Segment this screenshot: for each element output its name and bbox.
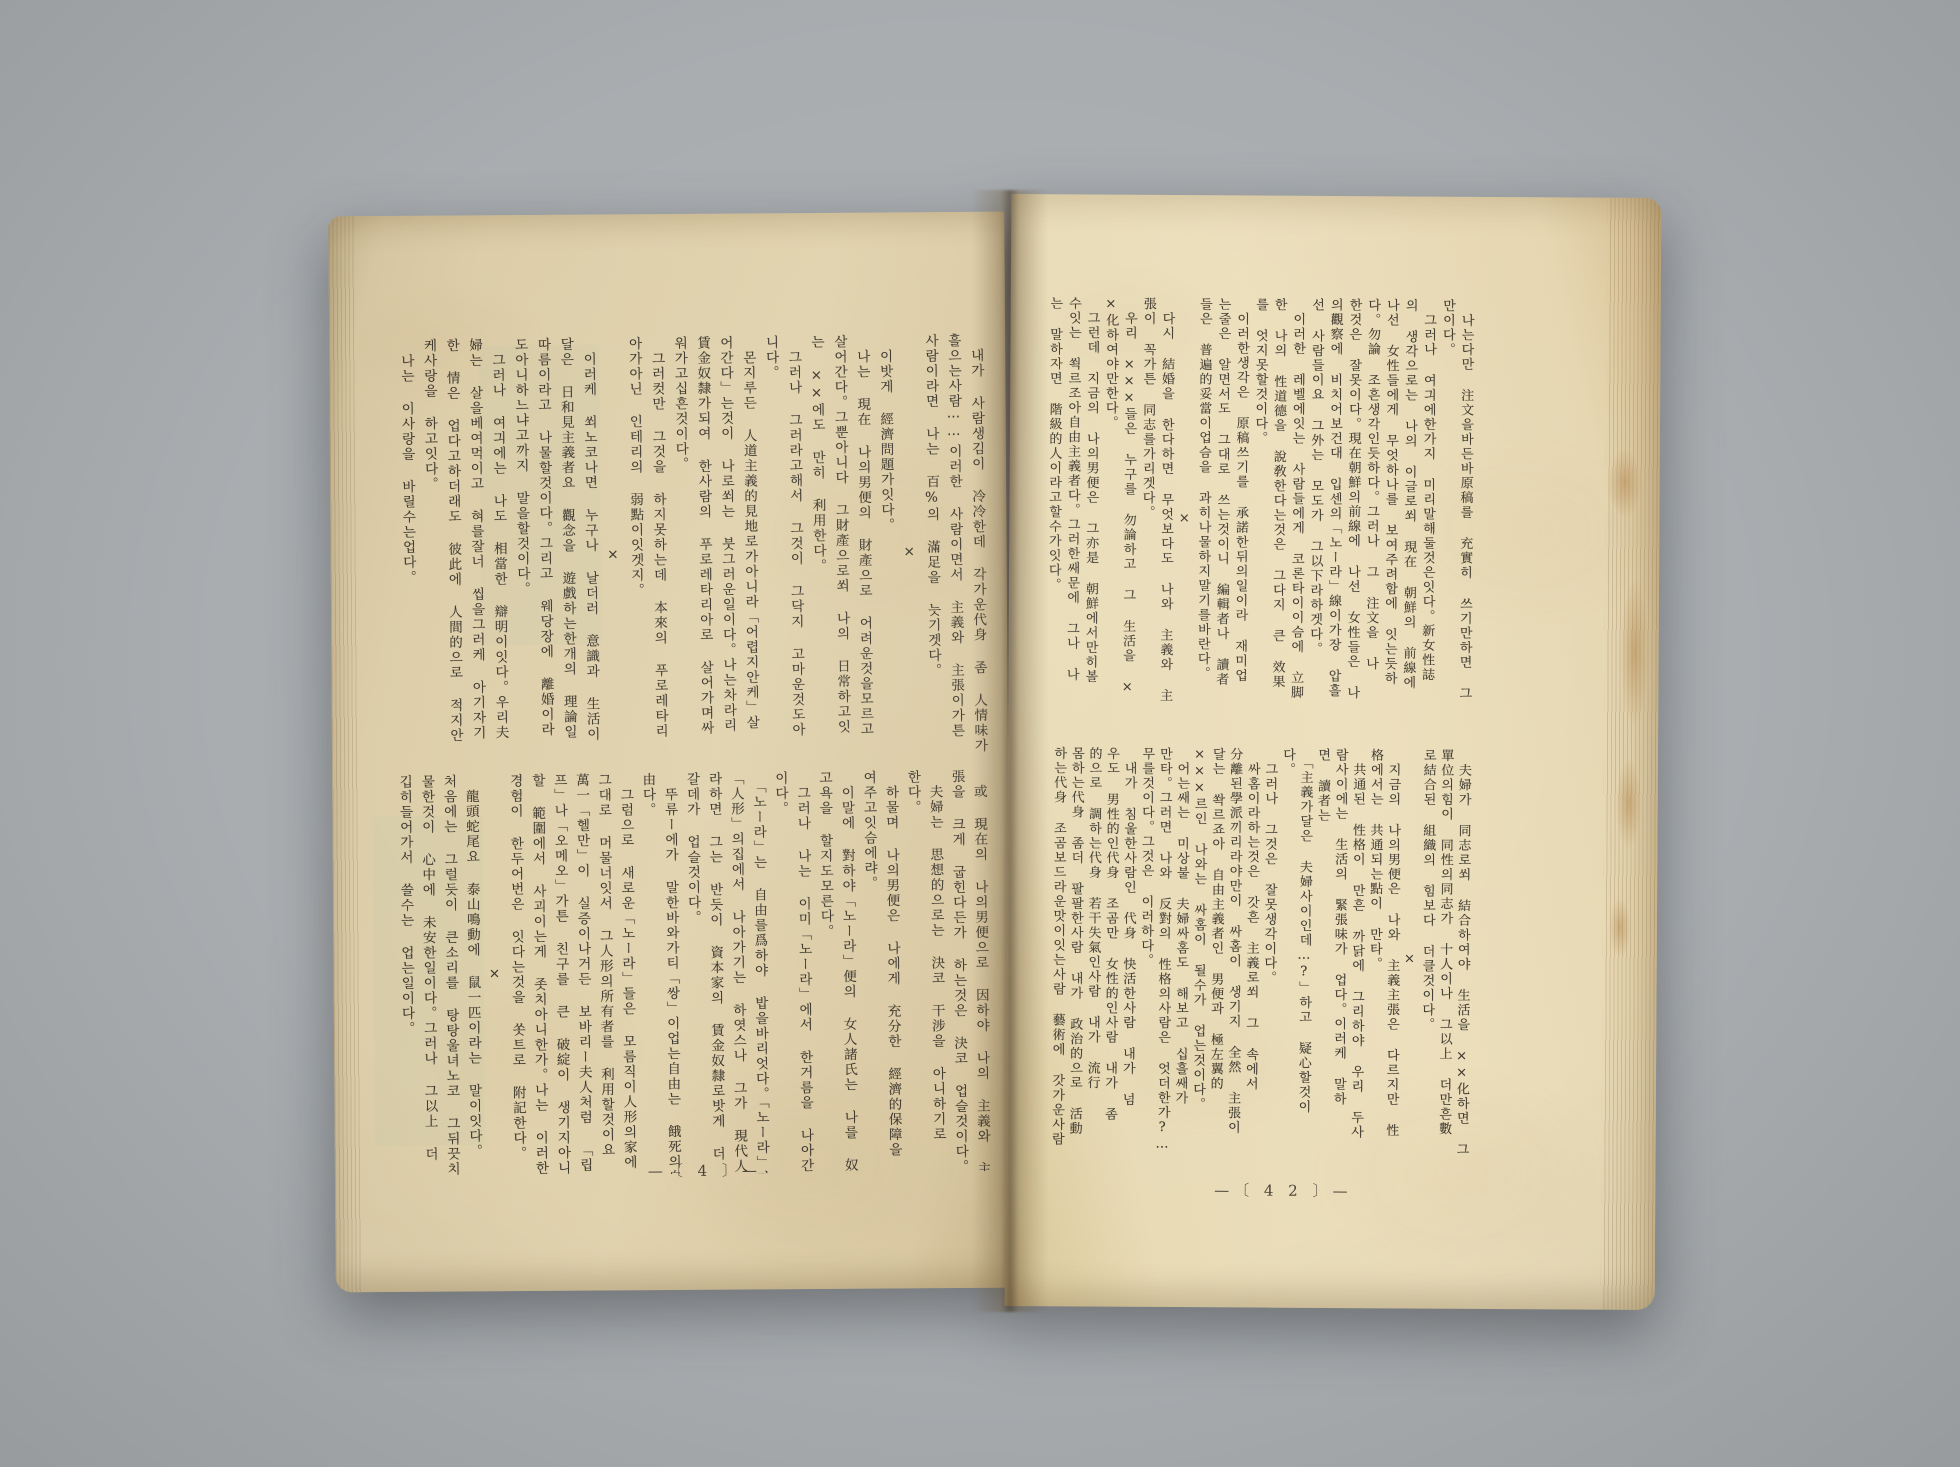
right-page: 나는다만 注文을바든바原稿를 充實히 쓰기만하면 그만이다。 그러나 여긔에한가…	[1005, 194, 1662, 1310]
text-column: ×化하여야만한다。	[1098, 297, 1119, 741]
text-column: 그러나 그것은 잘못생각이다。	[1258, 748, 1278, 1170]
text-column: 「主義가달은 夫婦사이인데…?」하고 疑心할것이	[1294, 748, 1314, 1170]
text-column: 夫婦가 同志로쐬 結合하여야 生活을 ××化하면 그	[1452, 749, 1472, 1171]
text-column: 흘으는사람⋯⋯이러한 사람이면서 主義와 主張이가튼	[941, 333, 968, 771]
text-column: 그러나 나는 이미「노ー라」에서 한거름을 나아간사람	[791, 771, 817, 1173]
left-page-bottom-text-block: 或 現在의 나의男便으로 因하야 나의 主義와 主張을 크게 굽힌다든가 하는것…	[390, 769, 994, 1177]
foxing-stain	[1607, 448, 1641, 518]
text-column: 나는 이사랑을 바릴수는업다。	[394, 338, 421, 776]
text-column: 한 나의 性道德을 說敎한다는것은 그다지 큰 效果	[1266, 298, 1287, 742]
text-column: 로結合된 組織의 힘보다 더클것이다。	[1417, 749, 1437, 1171]
text-column: 라하면 그는 반듯이 資本家의 賃金奴隸로밧게 더	[702, 772, 728, 1174]
text-column: 내가 침울한사람인 代身 快活한사람 내가 넘	[1118, 747, 1138, 1169]
text-column: ×××르인 나와는 싸홈이 될수가 업는것이다。	[1188, 747, 1208, 1169]
text-column: 는 ××에도 만히 利用한다。	[804, 335, 831, 773]
text-column: 萬一「헬만」이 실증이나거든 보바리ー夫人처럼 「립	[570, 773, 596, 1175]
text-column: 처음에는 그럴듯이 큰소리를 탕탕울녀노코 그뒤끗치	[437, 774, 463, 1176]
text-column: 수잇는 쐭르조아自由主義者다。그러한쌔문에 그나 나	[1061, 296, 1082, 740]
text-column: 달은 日和見主義者요 觀念을 遊戲하는한개의 理論일	[553, 337, 580, 775]
right-page-bottom-text-block: 夫婦가 同志로쐬 結合하여야 生活을 ××化하면 그單位의힘이 同性의同志가 十…	[1045, 746, 1472, 1171]
right-fore-edge-page-stack	[1601, 198, 1662, 1310]
text-column: 따름이라고 나물할것이다。그리고 웨당장에 離婚이라	[531, 337, 558, 775]
text-column: 이러한생각은 原稿쓰기를 承諾한뒤의일이라 재미업	[1229, 297, 1250, 741]
text-column: 몬지루든 人道主義的見地로가아니라「어렵지안케」살	[736, 335, 763, 773]
text-column: 한것은 잘못이다。現在朝鮮의前線에 나선 女性들은 나	[1341, 298, 1362, 742]
text-column: 賃金奴隸가되여 한사람의 푸로레타리아로 살어가며싸	[690, 336, 717, 774]
text-column: 婦는 살을베여먹이고 혀를잘너 씹을그러케 아기자기	[462, 338, 489, 776]
text-column: 여주고잇슴에랴。	[857, 770, 883, 1172]
left-page: 내가 사람생김이 冷冷한데 각가운代身 좀 人情味가흘으는사람⋯⋯이러한 사람이…	[328, 212, 1011, 1293]
text-column: 는 말하자면 階級的人이라고할수가잇다。	[1042, 296, 1063, 740]
foxing-stain	[1620, 578, 1649, 728]
text-column: 경험이 한두어번은 잇다는것을 쏫트로 附記한다。	[504, 773, 530, 1175]
section-divider-column: ×	[1399, 748, 1419, 1170]
foxing-stain	[1615, 758, 1642, 848]
text-column: 그러나 여긔에한가지 미리말해둘것은잇다。新女性誌	[1416, 299, 1437, 743]
text-column: 하물며 나의男便은 나에게 充分한 經濟的保障을 하	[879, 770, 905, 1172]
left-page-number: —〔 4 〕—	[585, 1159, 825, 1182]
text-column: 그러나 여긔에는 나도 相當한 辯明이잇다。우리夫	[485, 338, 512, 776]
text-column: 「노ー라」는 自由를爲하야 밥을바리엇다。「노ー라」가	[747, 771, 773, 1173]
text-column: 或 現在의 나의男便으로 因하야 나의 主義와 主	[968, 769, 994, 1171]
text-column: 달는 쏵르죠아 自由主義者인 男便과 極左翼的	[1206, 747, 1226, 1169]
text-column: 우도 男性的인代身 조곰만 女性的인사람 내가 좀	[1100, 747, 1120, 1169]
text-column: 그러나 그러라고해서 그것이 그닥지 고마운것도아	[781, 335, 808, 773]
text-column: 케사랑을 하고잇다。	[417, 338, 444, 776]
text-column: 워가고십흔것이다。	[667, 336, 694, 774]
text-column: 그대로 머물너잇서 그人形의所有者를 利用할것이요	[592, 773, 618, 1175]
text-column: 그런데 지금의 나의男便은 그亦是 朝鮮에서만히볼	[1079, 296, 1100, 740]
text-column: 갈데가 업슬것이다。	[680, 772, 706, 1174]
text-column: 아가아닌 인테리의 弱點이잇겟지。	[622, 336, 649, 774]
text-column: 「人形」의집에서 나아가기는 하엿스나 그가 現代人이	[724, 771, 750, 1173]
open-book: 내가 사람생김이 冷冷한데 각가운代身 좀 人情味가흘으는사람⋯⋯이러한 사람이…	[300, 170, 1690, 1330]
text-column: 의 생각으로는 나의 이글로쐬 現在 朝鮮의 前線에	[1397, 298, 1418, 742]
text-column: 사람이라면 나는 百%의 滿足을 늣기겟다。	[918, 333, 945, 771]
foxing-stain	[1609, 898, 1631, 958]
text-column: 由다。	[636, 772, 662, 1174]
text-column: 뚜류ー에가 말한바와가티「쌍」이업는自由는 餓死의自	[658, 772, 684, 1174]
text-column: 分離된學派끼리라야만이 싸홈이 생기지 全然 主張이	[1223, 747, 1243, 1169]
text-column: 이밧게 經濟問題가잇다。	[873, 334, 900, 772]
text-column: 이말에 對하야「노ー라」便의 女人諸氏는 나를 奴隸라	[835, 770, 861, 1172]
text-column: 물한것이 心中에 未安한일이다。그러나 그以上 더	[415, 774, 441, 1176]
text-column: 의觀察에 비치어보건대 입센의「노ー라」線이가장 압흘	[1322, 298, 1343, 742]
text-column: 몸하는代身 좀더 팔팔한사람 내가 政治的으로 活動	[1065, 746, 1085, 1168]
text-column: 張을 크게 굽힌다든가 하는것은 決코 업슬것이다。	[945, 769, 971, 1171]
text-column: 이러한 레벨에잇는 사람들에게 코론타이이슴에 立脚	[1285, 298, 1306, 742]
text-column: 할 範圍에서 사괴이는게 좃치아니한가。나는 이러한	[526, 773, 552, 1175]
text-column: 우리 ×××들은 누구를 勿論하고 그 生活을 ×	[1117, 297, 1138, 741]
text-column: 프」나「오메오」가튼 친구를 큰 破綻이 생기지아니	[548, 773, 574, 1175]
text-column: 살어간다。그뿐아니다 그財產으로쐬 나의 日常하고잇	[827, 334, 854, 772]
photo-of-open-book: { "scene": { "background_color": "#a9adb…	[0, 0, 1960, 1467]
text-column: 고욕을 할지도모른다。	[813, 770, 839, 1172]
text-column: 들은 普遍的妥當이업슴을 과히나물하지말기를바란다。	[1192, 297, 1213, 741]
left-page-top-text-block: 내가 사람생김이 冷冷한데 각가운代身 좀 人情味가흘으는사람⋯⋯이러한 사람이…	[393, 333, 991, 777]
right-page-top-text-block: 나는다만 注文을바든바原稿를 充實히 쓰기만하면 그만이다。 그러나 여긔에한가…	[1040, 296, 1475, 743]
text-column: 만타。그러면 나와 反對의 性格의사람은 엇더한가?…	[1153, 747, 1173, 1169]
text-column: 하는代身 조곰보드라운맛이잇는사람 藝術에 갓가운사람	[1047, 746, 1067, 1168]
text-column: 내가 사람생김이 冷冷한데 각가운代身 좀 人情味가	[964, 333, 991, 771]
text-column: 는줄은 알면서도 그대로 쓰는것이니 編輯者나 讀者	[1210, 297, 1231, 741]
text-column: 나는 現在 나의男便의 財產으로 어려운것을모르고	[850, 334, 877, 772]
text-column: 나는다만 注文을바든바原稿를 充實히 쓰기만하면 그	[1453, 299, 1474, 743]
text-column: 이러케 쐬노코나면 누구나 날더러 意識과 生活이	[576, 337, 603, 775]
text-column: 그럼으로 새로운「노ー라」들은 모름직이人形의家에	[614, 772, 640, 1174]
text-column: 夫婦는 思想的으로는 決코 干涉을 아니하기로	[923, 769, 949, 1171]
text-column: 龍頭蛇尾요 泰山鳴動에 鼠一匹이라는 말이잇다。	[459, 774, 485, 1176]
text-column: 한 情은 업다고하더래도 彼此에 人間的으로 적지안	[439, 338, 466, 776]
text-column: 어는쌔는 미상불 夫婦싸홈도 해보고 십흘쌔가	[1170, 747, 1190, 1169]
right-page-number: —〔 4 2 〕—	[1173, 1179, 1393, 1201]
text-column: 나선 女性들에게 무엇하나를 보여주려함에 잇는듯하	[1379, 298, 1400, 742]
text-column: 깁히들어가서 쓸수는 업는일이다。	[393, 774, 419, 1176]
text-column: 싸홈이라하는것은 갓흔 主義로쐬 그 속에서	[1241, 747, 1261, 1169]
left-fore-edge-page-stack	[328, 216, 362, 1292]
text-column: 共通된 性格이 만흔 까닭에 그리하야 우리 두사	[1346, 748, 1366, 1170]
text-column: 的으로 調하는代身 若干失氣인사람 내가 流行	[1082, 746, 1102, 1168]
text-column: 單位의힘이 同性의同志가 十人이나 그以上 더만흔數	[1434, 749, 1454, 1171]
text-column: 지금의 나의男便은 나와 主義主張은 다르지만 性	[1381, 748, 1401, 1170]
text-column: 도아니하느냐고까지 말을할것이다。	[508, 337, 535, 775]
text-column: 그러컷만 그것을 하지못하는데 本來의 푸로레타리	[645, 336, 672, 774]
text-column: 다시 結婚을 한다하면 무엇보다도 나와 主義와 主	[1154, 297, 1175, 741]
text-column: 어간다」는것이 나로쐬는 붓그러운일이다。나는차라리	[713, 335, 740, 773]
text-column: 면 讀者는	[1311, 748, 1331, 1170]
